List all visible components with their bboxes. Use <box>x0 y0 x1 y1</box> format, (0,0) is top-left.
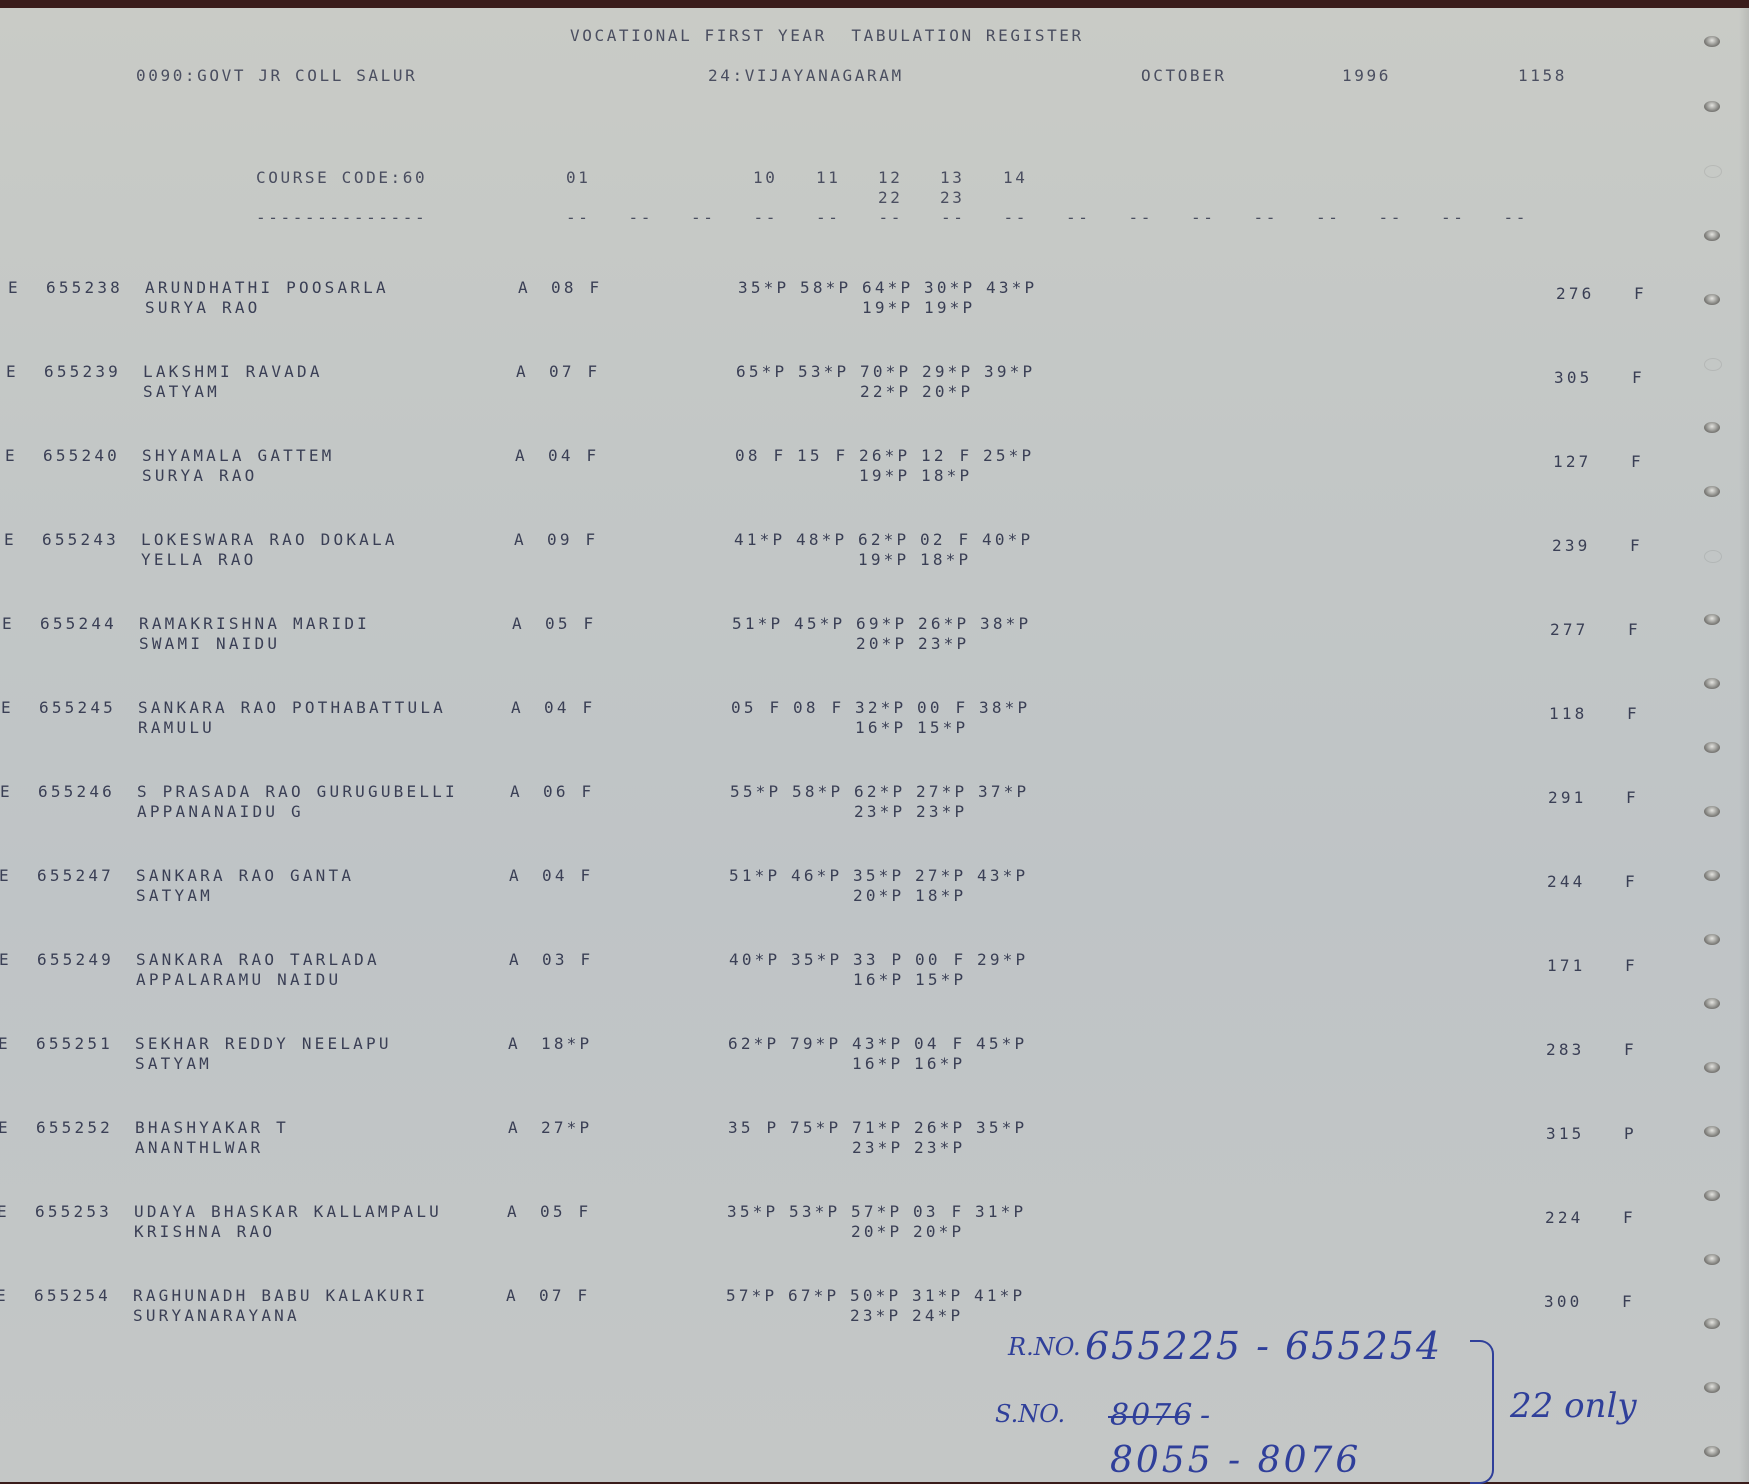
feed-hole-icon <box>1704 1318 1720 1329</box>
subject-22-mark: 19*P <box>858 550 909 570</box>
subject-23-mark: 20*P <box>913 1222 964 1242</box>
student-name: BHASHYAKAR T <box>135 1118 289 1138</box>
feed-hole-icon <box>1704 1446 1720 1457</box>
father-name: APPALARAMU NAIDU <box>136 970 341 990</box>
subject-01-mark: 04 F <box>548 446 599 466</box>
subject-22-mark: 19*P <box>862 298 913 318</box>
father-name: SURYA RAO <box>142 466 258 486</box>
total-marks: 283 <box>1546 1040 1585 1060</box>
column-separator: -- <box>879 208 903 228</box>
exam-type: E <box>8 278 21 298</box>
exam-type: E <box>4 530 17 550</box>
subject-23-mark: 20*P <box>922 382 973 402</box>
subject-01-mark: 06 F <box>543 782 594 802</box>
student-name: LAKSHMI RAVADA <box>143 362 323 382</box>
column-separator: -- <box>754 208 778 228</box>
result-status: F <box>1624 1040 1637 1060</box>
subject-mark: 64*P <box>862 278 913 298</box>
grade-letter: A <box>509 950 522 970</box>
subject-23-mark: 19*P <box>924 298 975 318</box>
grade-letter: A <box>511 698 524 718</box>
student-name: SANKARA RAO POTHABATTULA <box>138 698 446 718</box>
result-status: F <box>1625 956 1638 976</box>
subject-mark: 41*P <box>734 530 785 550</box>
subject-22-mark: 16*P <box>852 1054 903 1074</box>
father-name: SATYAM <box>143 382 220 402</box>
subject-mark: 31*P <box>912 1286 963 1306</box>
subject-mark: 35*P <box>976 1118 1027 1138</box>
roll-number: 655238 <box>46 278 123 298</box>
column-separator: -- <box>1379 208 1403 228</box>
feed-hole-icon <box>1704 678 1720 689</box>
subject-mark: 25*P <box>983 446 1034 466</box>
feed-hole-icon <box>1704 230 1720 241</box>
column-separator: -- <box>566 208 590 228</box>
subject-code-12: 12 <box>878 168 902 188</box>
subject-mark: 67*P <box>788 1286 839 1306</box>
page-number: 1158 <box>1518 66 1567 86</box>
roll-number: 655246 <box>38 782 115 802</box>
grade-letter: A <box>508 1118 521 1138</box>
student-name: RAGHUNADH BABU KALAKURI <box>133 1286 428 1306</box>
grade-letter: A <box>515 446 528 466</box>
subject-01-mark: 03 F <box>542 950 593 970</box>
feed-hole-icon <box>1704 358 1722 371</box>
student-name: S PRASADA RAO GURUGUBELLI <box>137 782 458 802</box>
feed-hole-icon <box>1704 101 1720 112</box>
feed-hole-icon <box>1704 550 1722 563</box>
column-separator: -- <box>691 208 715 228</box>
subject-23-mark: 18*P <box>921 466 972 486</box>
subject-mark: 35*P <box>727 1202 778 1222</box>
roll-number: 655254 <box>34 1286 111 1306</box>
subject-code-14: 14 <box>1003 168 1027 188</box>
subject-23-mark: 16*P <box>914 1054 965 1074</box>
subject-mark: 48*P <box>796 530 847 550</box>
subject-mark: 37*P <box>978 782 1029 802</box>
result-status: F <box>1623 1208 1636 1228</box>
subject-22-mark: 20*P <box>853 886 904 906</box>
result-status: F <box>1622 1292 1635 1312</box>
column-separator: -- <box>1504 208 1528 228</box>
result-status: F <box>1625 872 1638 892</box>
subject-22-mark: 16*P <box>855 718 906 738</box>
roll-number: 655251 <box>36 1034 113 1054</box>
subject-mark: 02 F <box>920 530 971 550</box>
subject-mark: 62*P <box>728 1034 779 1054</box>
subject-mark: 35 P <box>728 1118 779 1138</box>
subject-mark: 35*P <box>853 866 904 886</box>
subject-mark: 79*P <box>790 1034 841 1054</box>
father-name: ANANTHLWAR <box>135 1138 263 1158</box>
count-summary: 22 only <box>1510 1386 1637 1426</box>
feed-hole-icon <box>1704 870 1720 881</box>
subject-mark: 00 F <box>917 698 968 718</box>
register-title: VOCATIONAL FIRST YEAR TABULATION REGISTE… <box>570 26 1084 46</box>
father-name: SWAMI NAIDU <box>139 634 280 654</box>
subject-mark: 30*P <box>924 278 975 298</box>
rno-range: 655225 - 655254 <box>1085 1324 1442 1368</box>
district-name: 24:VIJAYANAGARAM <box>708 66 904 86</box>
subject-23-mark: 23*P <box>914 1138 965 1158</box>
subject-01-mark: 05 F <box>545 614 596 634</box>
subject-mark: 15 F <box>797 446 848 466</box>
exam-type: E <box>0 1202 10 1222</box>
roll-number: 655249 <box>37 950 114 970</box>
father-name: KRISHNA RAO <box>134 1222 275 1242</box>
subject-mark: 65*P <box>736 362 787 382</box>
grade-letter: A <box>516 362 529 382</box>
subject-22-mark: 20*P <box>856 634 907 654</box>
column-separator: -- <box>941 208 965 228</box>
subject-mark: 31*P <box>975 1202 1026 1222</box>
exam-type: E <box>6 362 19 382</box>
grade-letter: A <box>507 1202 520 1222</box>
subject-01-mark: 18*P <box>541 1034 592 1054</box>
result-status: F <box>1632 368 1645 388</box>
subject-mark: 46*P <box>791 866 842 886</box>
subject-mark: 26*P <box>918 614 969 634</box>
subject-mark: 43*P <box>986 278 1037 298</box>
subject-mark: 05 F <box>731 698 782 718</box>
roll-number: 655253 <box>35 1202 112 1222</box>
subject-23-mark: 23*P <box>916 802 967 822</box>
exam-type: E <box>0 950 12 970</box>
feed-hole-icon <box>1704 1126 1720 1137</box>
student-name: SANKARA RAO GANTA <box>136 866 354 886</box>
register-page: VOCATIONAL FIRST YEAR TABULATION REGISTE… <box>0 8 1749 1482</box>
subject-23-mark: 23*P <box>918 634 969 654</box>
subject-mark: 50*P <box>850 1286 901 1306</box>
roll-number: 655252 <box>36 1118 113 1138</box>
roll-number: 655239 <box>44 362 121 382</box>
roll-number: 655247 <box>37 866 114 886</box>
exam-type: E <box>0 1118 11 1138</box>
subject-mark: 57*P <box>851 1202 902 1222</box>
student-name: LOKESWARA RAO DOKALA <box>141 530 398 550</box>
total-marks: 244 <box>1547 872 1586 892</box>
subject-mark: 71*P <box>852 1118 903 1138</box>
father-name: YELLA RAO <box>141 550 257 570</box>
column-separator: -- <box>1004 208 1028 228</box>
subject-mark: 45*P <box>794 614 845 634</box>
subject-22-mark: 20*P <box>851 1222 902 1242</box>
subject-23-mark: 18*P <box>915 886 966 906</box>
roll-number: 655244 <box>40 614 117 634</box>
exam-year: 1996 <box>1342 66 1391 86</box>
college-name: 0090:GOVT JR COLL SALUR <box>136 66 417 86</box>
sno-label: S.NO. <box>995 1400 1065 1428</box>
subject-mark: 12 F <box>921 446 972 466</box>
subject-mark: 51*P <box>729 866 780 886</box>
total-marks: 239 <box>1552 536 1591 556</box>
subject-mark: 26*P <box>859 446 910 466</box>
subject-mark: 41*P <box>974 1286 1025 1306</box>
student-name: ARUNDHATHI POOSARLA <box>145 278 389 298</box>
total-marks: 171 <box>1547 956 1586 976</box>
grade-letter: A <box>518 278 531 298</box>
subject-01-mark: 08 F <box>551 278 602 298</box>
rno-label: R.NO. <box>1008 1333 1081 1361</box>
feed-hole-icon <box>1704 742 1720 753</box>
subject-01-mark: 07 F <box>539 1286 590 1306</box>
father-name: APPANANAIDU G <box>137 802 304 822</box>
column-separator: -- <box>1441 208 1465 228</box>
result-status: F <box>1627 704 1640 724</box>
subject-mark: 40*P <box>982 530 1033 550</box>
column-separator: -- <box>1191 208 1215 228</box>
subject-01-mark: 07 F <box>549 362 600 382</box>
subject-mark: 40*P <box>729 950 780 970</box>
subject-23-mark: 15*P <box>917 718 968 738</box>
total-marks: 300 <box>1544 1292 1583 1312</box>
subject-mark: 26*P <box>914 1118 965 1138</box>
subject-mark: 29*P <box>922 362 973 382</box>
subject-01-mark: 27*P <box>541 1118 592 1138</box>
father-name: SURYANARAYANA <box>133 1306 300 1326</box>
column-separator: -- <box>629 208 653 228</box>
student-name: SANKARA RAO TARLADA <box>136 950 380 970</box>
subject-mark: 27*P <box>916 782 967 802</box>
subject-mark: 62*P <box>858 530 909 550</box>
column-separator: -- <box>1066 208 1090 228</box>
feed-hole-icon <box>1704 934 1720 945</box>
subject-22-mark: 23*P <box>854 802 905 822</box>
subject-mark: 75*P <box>790 1118 841 1138</box>
grade-letter: A <box>509 866 522 886</box>
subject-code-01: 01 <box>566 168 590 188</box>
feed-hole-icon <box>1704 998 1720 1009</box>
column-separator: -- <box>1129 208 1153 228</box>
total-marks: 127 <box>1553 452 1592 472</box>
total-marks: 276 <box>1556 284 1595 304</box>
subject-mark: 43*P <box>977 866 1028 886</box>
result-status: P <box>1624 1124 1637 1144</box>
subject-mark: 51*P <box>732 614 783 634</box>
subject-mark: 08 F <box>793 698 844 718</box>
grade-letter: A <box>508 1034 521 1054</box>
feed-hole-icon <box>1704 1254 1720 1265</box>
total-marks: 118 <box>1549 704 1588 724</box>
subject-mark: 39*P <box>984 362 1035 382</box>
result-status: F <box>1630 536 1643 556</box>
subject-mark: 70*P <box>860 362 911 382</box>
subject-23-mark: 18*P <box>920 550 971 570</box>
feed-hole-icon <box>1704 36 1720 47</box>
roll-number: 655243 <box>42 530 119 550</box>
total-marks: 291 <box>1548 788 1587 808</box>
result-status: F <box>1631 452 1644 472</box>
subject-mark: 29*P <box>977 950 1028 970</box>
total-marks: 277 <box>1550 620 1589 640</box>
grade-letter: A <box>510 782 523 802</box>
feed-hole-icon <box>1704 486 1720 497</box>
subject-mark: 58*P <box>792 782 843 802</box>
roll-number: 655245 <box>39 698 116 718</box>
subject-mark: 03 F <box>913 1202 964 1222</box>
father-name: RAMULU <box>138 718 215 738</box>
subject-mark: 69*P <box>856 614 907 634</box>
column-separator: -- <box>1254 208 1278 228</box>
exam-type: E <box>0 1286 9 1306</box>
subject-mark: 43*P <box>852 1034 903 1054</box>
subject-01-mark: 05 F <box>540 1202 591 1222</box>
father-name: SURYA RAO <box>145 298 261 318</box>
subject-22-mark: 22*P <box>860 382 911 402</box>
subject-code-10: 10 <box>753 168 777 188</box>
result-status: F <box>1628 620 1641 640</box>
subject-01-mark: 09 F <box>547 530 598 550</box>
column-separator: -- <box>816 208 840 228</box>
subject-mark: 38*P <box>980 614 1031 634</box>
exam-type: E <box>2 614 15 634</box>
feed-hole-icon <box>1704 1190 1720 1201</box>
student-name: RAMAKRISHNA MARIDI <box>139 614 370 634</box>
subject-mark: 57*P <box>726 1286 777 1306</box>
subject-mark: 04 F <box>914 1034 965 1054</box>
total-marks: 305 <box>1554 368 1593 388</box>
result-status: F <box>1634 284 1647 304</box>
subject-mark: 00 F <box>915 950 966 970</box>
exam-type: E <box>0 1034 11 1054</box>
feed-hole-icon <box>1704 806 1720 817</box>
student-name: UDAYA BHASKAR KALLAMPALU <box>134 1202 442 1222</box>
father-name: SATYAM <box>136 886 213 906</box>
subject-mark: 55*P <box>730 782 781 802</box>
exam-type: E <box>0 866 12 886</box>
feed-hole-icon <box>1704 1062 1720 1073</box>
grade-letter: A <box>512 614 525 634</box>
feed-hole-icon <box>1704 614 1720 625</box>
student-name: SEKHAR REDDY NEELAPU <box>135 1034 392 1054</box>
subject-mark: 58*P <box>800 278 851 298</box>
subject-22-mark: 23*P <box>850 1306 901 1326</box>
subject-mark: 33 P <box>853 950 904 970</box>
student-name: SHYAMALA GATTEM <box>142 446 335 466</box>
course-code: COURSE CODE:60 <box>256 168 427 188</box>
subject-mark: 53*P <box>798 362 849 382</box>
tractor-feed-holes <box>1700 8 1730 1482</box>
subject-code-13: 13 <box>940 168 964 188</box>
feed-hole-icon <box>1704 422 1720 433</box>
exam-type: E <box>0 782 13 802</box>
sno-range: 8055 - 8076 <box>1110 1440 1361 1481</box>
subject-23-mark: 15*P <box>915 970 966 990</box>
exam-type: E <box>1 698 14 718</box>
total-marks: 224 <box>1545 1208 1584 1228</box>
grade-letter: A <box>506 1286 519 1306</box>
father-name: SATYAM <box>135 1054 212 1074</box>
subject-22-mark: 16*P <box>853 970 904 990</box>
subject-22-mark: 23*P <box>852 1138 903 1158</box>
subject-mark: 38*P <box>979 698 1030 718</box>
subject-mark: 35*P <box>791 950 842 970</box>
sno-dash: - <box>1200 1398 1210 1433</box>
roll-number: 655240 <box>43 446 120 466</box>
strikethrough-mark <box>1108 1416 1188 1418</box>
subject-mark: 32*P <box>855 698 906 718</box>
subject-code-22: 22 <box>878 188 902 208</box>
subject-code-11: 11 <box>816 168 840 188</box>
subject-01-mark: 04 F <box>544 698 595 718</box>
subject-mark: 27*P <box>915 866 966 886</box>
feed-hole-icon <box>1704 1382 1720 1393</box>
course-code-underline: -------------- <box>256 208 427 228</box>
subject-23-mark: 24*P <box>912 1306 963 1326</box>
subject-code-23: 23 <box>940 188 964 208</box>
result-status: F <box>1626 788 1639 808</box>
column-separator: -- <box>1316 208 1340 228</box>
subject-mark: 62*P <box>854 782 905 802</box>
feed-hole-icon <box>1704 165 1722 178</box>
grade-letter: A <box>514 530 527 550</box>
subject-mark: 35*P <box>738 278 789 298</box>
total-marks: 315 <box>1546 1124 1585 1144</box>
exam-type: E <box>5 446 18 466</box>
subject-01-mark: 04 F <box>542 866 593 886</box>
subject-mark: 53*P <box>789 1202 840 1222</box>
subject-mark: 45*P <box>976 1034 1027 1054</box>
subject-22-mark: 19*P <box>859 466 910 486</box>
feed-hole-icon <box>1704 294 1720 305</box>
brace-mark <box>1470 1340 1494 1482</box>
subject-mark: 08 F <box>735 446 786 466</box>
exam-month: OCTOBER <box>1141 66 1227 86</box>
